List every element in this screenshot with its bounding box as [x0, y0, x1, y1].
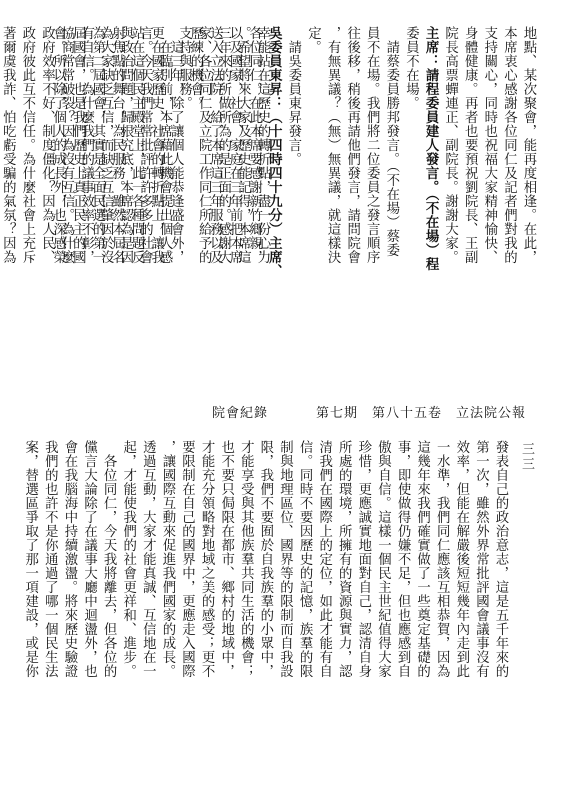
- text-column: 地點、某次聚會，能再度相逢。在此，: [518, 26, 538, 396]
- volume-label: 第八十五卷: [372, 402, 442, 422]
- text-column: 請蔡委員勝邦發言。（不在場）蔡委: [381, 26, 401, 396]
- text-column: 三年來的所做所為的是正面的。感謝大: [213, 26, 233, 396]
- text-column: 第一次，雖然外界常批評國會議事沒有: [471, 440, 491, 785]
- text-column: 傲與自信。這樣一個民主世紀值得大家: [373, 440, 393, 785]
- text-column: 清我們在國際上的定位，如此才能有自: [314, 440, 334, 785]
- text-column: 信。同時不要因歷史的記憶，族羣的限: [294, 440, 314, 785]
- text-column: 身體健康。再者也要預祝劉院長、王副: [460, 26, 480, 396]
- text-column: 珍惜，更應誠實地面對自己，認清自身: [353, 440, 373, 785]
- text-column: 支持與服務。: [174, 26, 194, 396]
- text-column: 委員不在場。: [401, 26, 421, 396]
- publication-name: 立法院公報: [456, 402, 526, 422]
- text-column: 有自信。為什麼我們的議事效率不彰，: [76, 26, 96, 396]
- text-column: 本席衷心感謝各位同仁及記者們對我的: [499, 26, 519, 396]
- text-column: 限，我們不要囿於自我族羣的小眾中，: [255, 440, 275, 785]
- text-column: 著爾虞我詐、怕吃虧受騙的氣氛？因為: [0, 26, 17, 396]
- text-column: ，讓國際互動來促進我們國家的成長。: [157, 440, 177, 785]
- text-column: 院長高票蟬連正、副院長。謝謝大家。: [440, 26, 460, 396]
- text-column: 政府效率不好、制度僵化？因為人民、: [37, 26, 57, 396]
- text-column: 才能充分領略對地域之美的感受；更不: [197, 440, 217, 785]
- text-column: 各位同仁，今天我將離去，但各位的: [99, 440, 119, 785]
- text-column: 家、各位同仁及立院工作同仁所給予的: [194, 26, 214, 396]
- text-block-bottom: 發表自己的政治意志，這是五千年來的 第一次，雖然外界常批評國會議事沒有 效率，但…: [20, 440, 510, 785]
- text-column: 制與地理區位、國界等的限制而自我設: [275, 440, 295, 785]
- text-column: 支持關心，同時也祝福大家精神愉快、: [479, 26, 499, 396]
- speaker-column-chair: 主席：請程委員建人發言。（不在場）程: [420, 26, 440, 396]
- section-label: 院會紀錄: [212, 402, 268, 422]
- text-column: 效率，但能在解嚴後短短幾年內走到此: [451, 440, 471, 785]
- text-column: 員不在場。我們將二位委員之發言順序: [362, 26, 382, 396]
- text-column: 也不要只侷限在都市、鄉村的地域中，: [216, 440, 236, 785]
- text-column: 要限制在自己的國界中，更應走入國際: [177, 440, 197, 785]
- text-column: 透過互動，大家才能真誠、互信地在一: [138, 440, 158, 785]
- text-block-top-left: 幸能站在這歷史的轉折點，盡一份心力 。希望將來大家及歷史能記得，本席這 三年來的…: [0, 26, 272, 396]
- text-column: 。希望將來大家及歷史能記得，本席這: [233, 26, 253, 396]
- text-column: 案，替選區爭取了那一項建設，或是你: [20, 440, 40, 785]
- text-column: ，有無異議？（無）無異議，就這樣決: [322, 26, 342, 396]
- text-column: 我們的也許不是你通過了哪一個民生法: [40, 440, 60, 785]
- issue-label: 第七期: [316, 402, 358, 422]
- text-column: 與政治問題，歸根究底，本席認為是因: [115, 26, 135, 396]
- text-column: 所處的環境，所擁有的資源與實力，認: [334, 440, 354, 785]
- text-column: 會在我腦海中持續激盪。將來歷史驗證: [59, 440, 79, 785]
- text-column: 起，才能使我們的社會更祥和、進步。: [118, 440, 138, 785]
- text-column: 請吳委員東昇發言。: [283, 26, 303, 396]
- running-footer: 立法院公報 第八十五卷 第七期 院會紀錄: [26, 402, 526, 422]
- text-column: 在臨別前，本席藉此機會提出個人感: [154, 26, 174, 396]
- text-column: 協商常常破裂？因為沒有互信。為什麼: [56, 26, 76, 396]
- text-column: 為大家缺乏互信，而缺乏互信肇因於沒: [96, 26, 116, 396]
- text-column: 儻言大論除了在議事大廳中迴盪外，也: [79, 440, 99, 785]
- text-column: 往後移，稍後再請他們發言，請問院會: [342, 26, 362, 396]
- text-column: 發表自己的政治意志，這是五千年來的: [490, 440, 510, 785]
- footer-spacer: [282, 402, 302, 422]
- text-column: 幸能站在這歷史的轉折點，盡一份心力: [252, 26, 272, 396]
- page-number: 三三: [517, 442, 536, 472]
- text-column: 政府彼此互不信任。為什麼社會上充斥: [17, 26, 37, 396]
- text-column: 定。: [303, 26, 323, 396]
- text-column: 這幾年來我們確實做了一些奠定基礎的: [412, 440, 432, 785]
- text-column: 事，即使做得仍嫌不足，但也應感到自: [392, 440, 412, 785]
- text-column: 才能享受與其他族羣共同生活的機會；: [236, 440, 256, 785]
- text-column: 一水準，我們同仁應該互相恭賀，因為: [432, 440, 452, 785]
- text-column: 言。今天我們常常批評許許多多的社會: [135, 26, 155, 396]
